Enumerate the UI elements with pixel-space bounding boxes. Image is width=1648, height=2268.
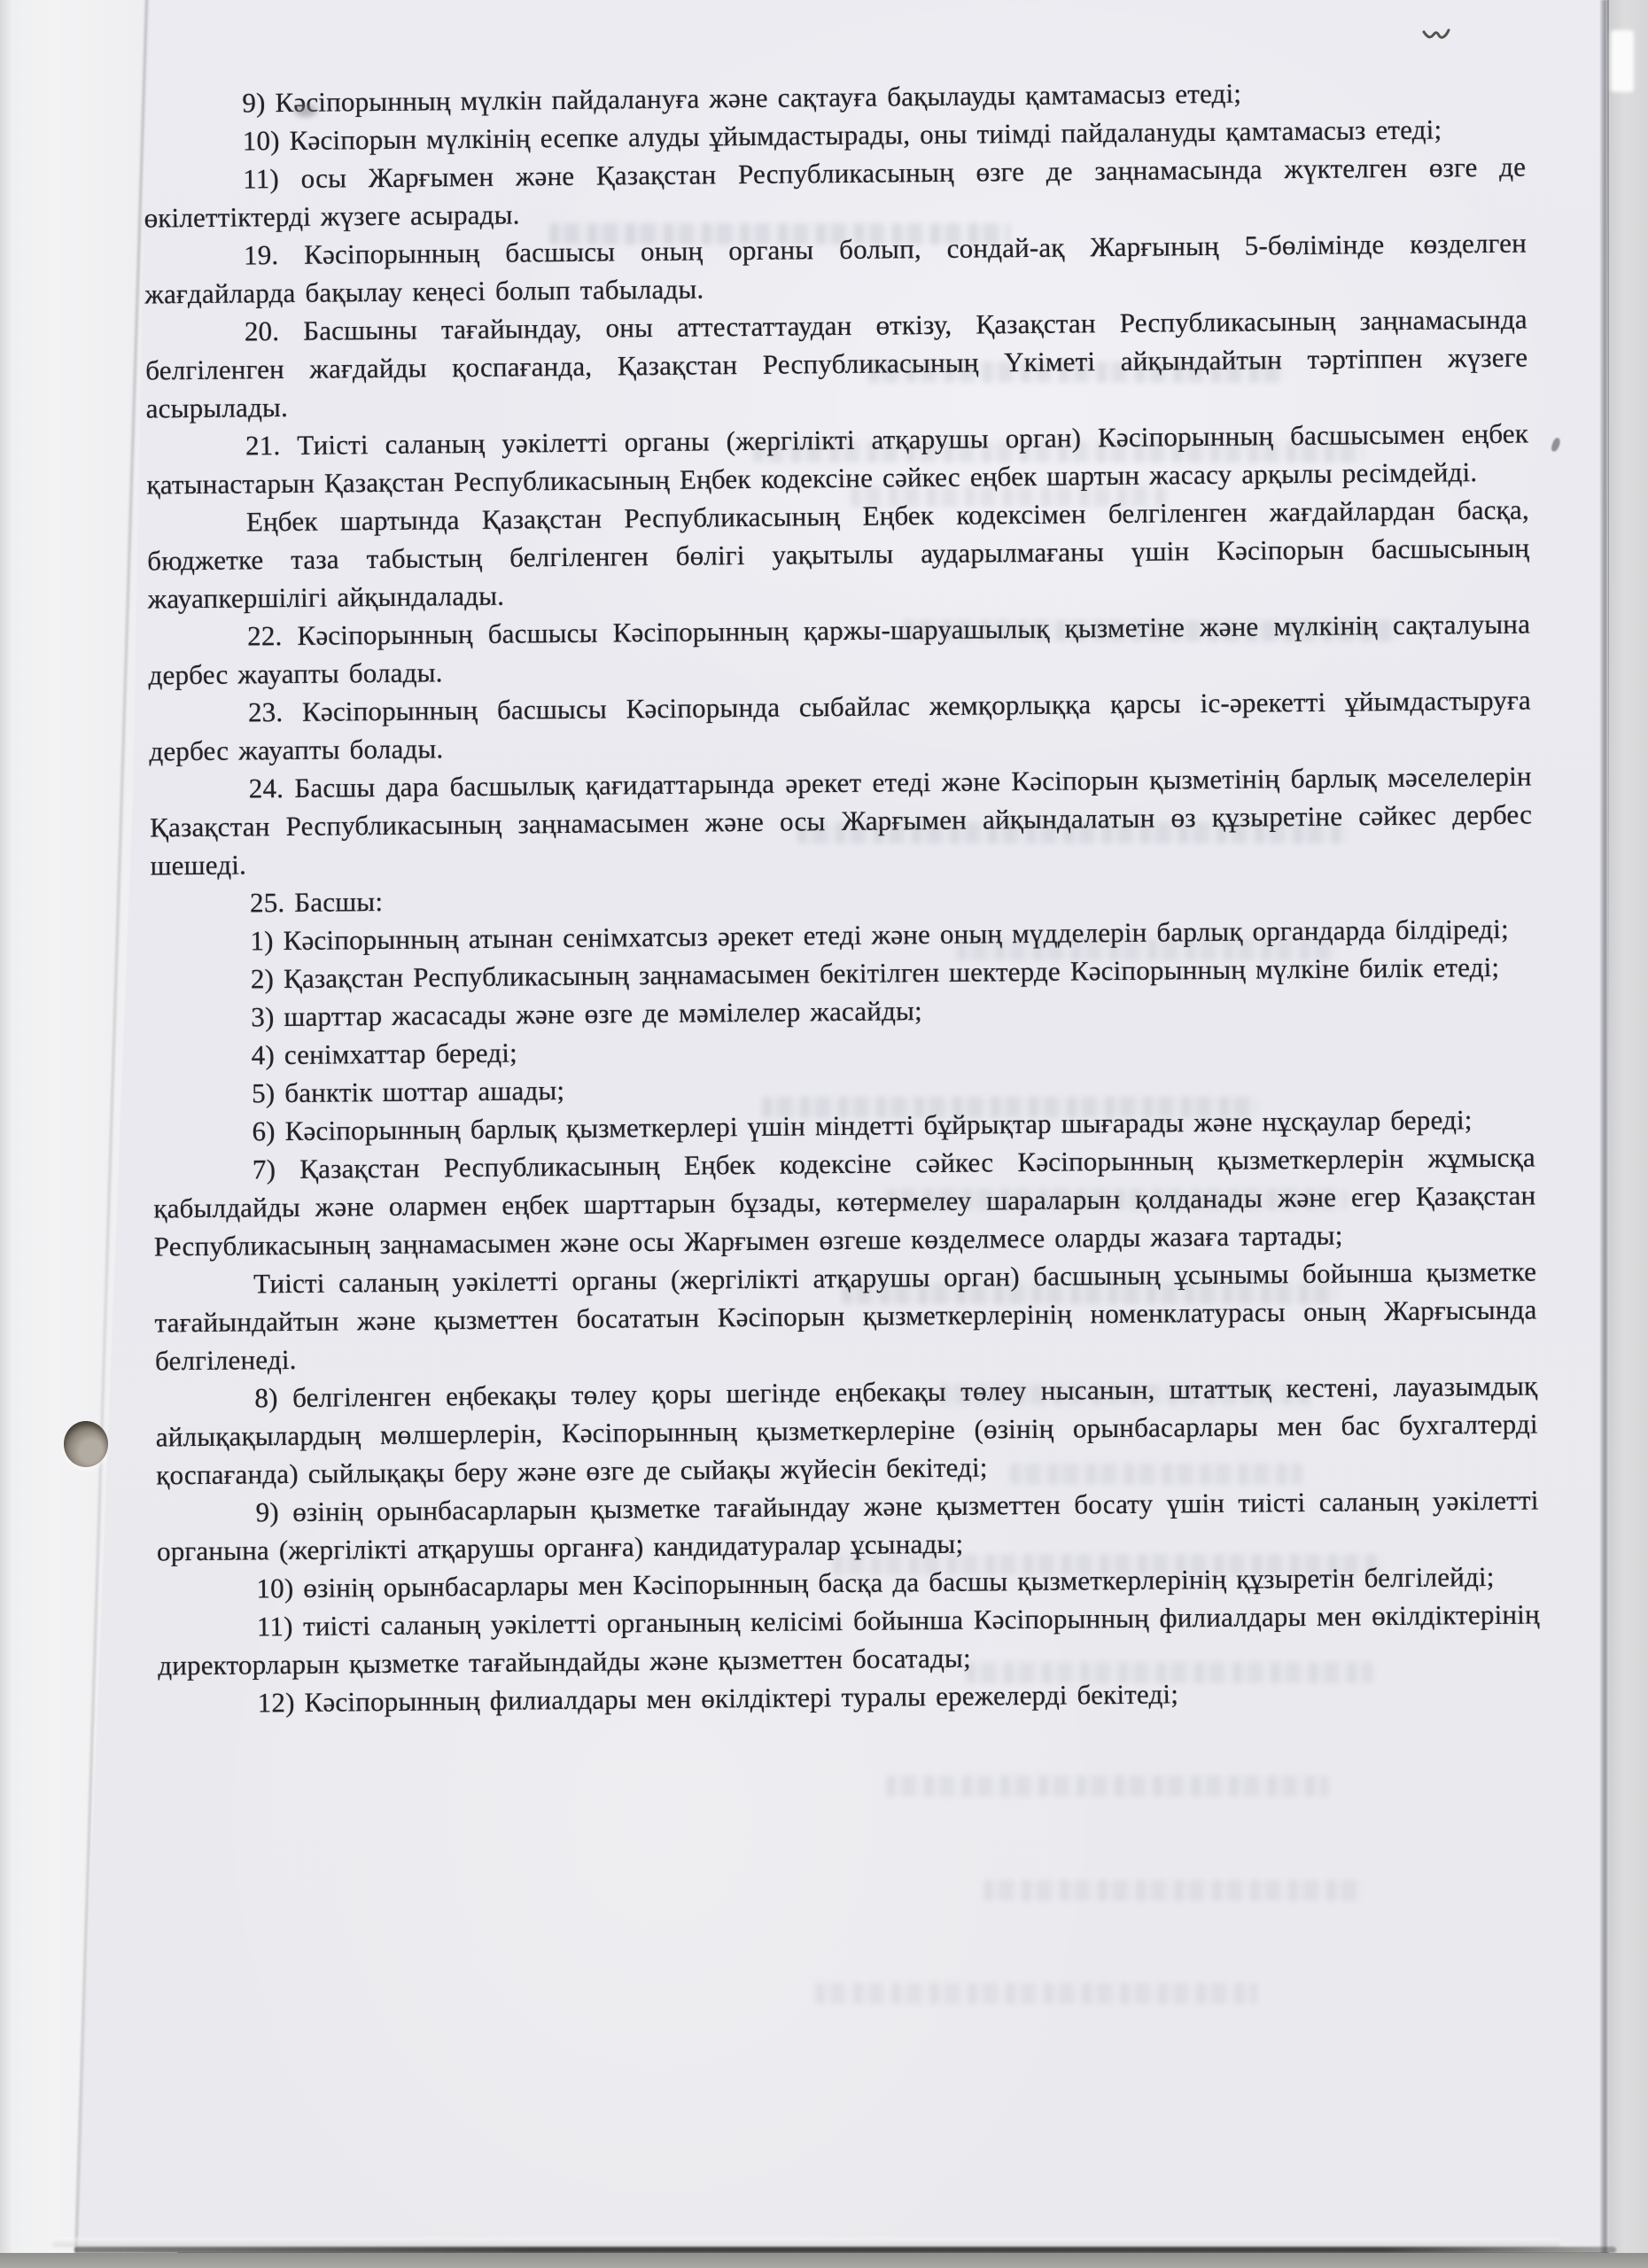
paragraph: 23. Кәсіпорынның басшысы Кәсіпорында сыб… [149,681,1532,771]
paragraph: Еңбек шартында Қазақстан Республикасының… [147,491,1530,618]
scanned-document-page: 9) Кәсіпорынның мүлкін пайдалануға және … [0,0,1648,2268]
paragraph: 20. Басшыны тағайындау, оны аттестаттауд… [145,300,1528,428]
paragraph: 24. Басшы дара басшылық қағидаттарында ә… [150,757,1533,885]
page-bottom-shadow [74,2247,1616,2253]
paragraph: 19. Кәсіпорынның басшысы оның органы бол… [144,224,1528,314]
bleed-through-line [886,1775,1329,1797]
page-stack-edge [53,2238,1559,2247]
punched-hole [64,1421,108,1467]
bleed-through-line [983,1880,1364,1901]
paragraph: 7) Қазақстан Республикасының Еңбек кодек… [153,1138,1536,1265]
paragraph: 9) өзінің орынбасарларын қызметке тағайы… [156,1480,1539,1570]
paragraph: 11) тиісті саланың уәкілетті органының к… [158,1595,1541,1684]
document-body-text: 9) Кәсіпорынның мүлкін пайдалануға және … [143,72,1541,1723]
pen-squiggle-mark [1421,25,1451,44]
paragraph: 8) белгіленген еңбекақы төлеу қоры шегін… [155,1366,1538,1494]
scanner-surface [0,2253,1648,2268]
page-edge-highlight [1611,30,1634,92]
paragraph: 21. Тиісті саланың уәкілетті органы (жер… [146,415,1529,504]
paragraph: 11) осы Жарғымен және Қазақстан Республи… [144,148,1527,237]
page-right-edge [1600,0,1609,2255]
paragraph: 22. Кәсіпорынның басшысы Кәсіпорынның қа… [148,605,1531,695]
scanner-margin-right [1609,0,1648,2268]
paragraph: Тиісті саланың уәкілетті органы (жергілі… [154,1252,1537,1379]
ink-smudge [294,105,317,117]
bleed-through-line [815,1983,1258,2004]
